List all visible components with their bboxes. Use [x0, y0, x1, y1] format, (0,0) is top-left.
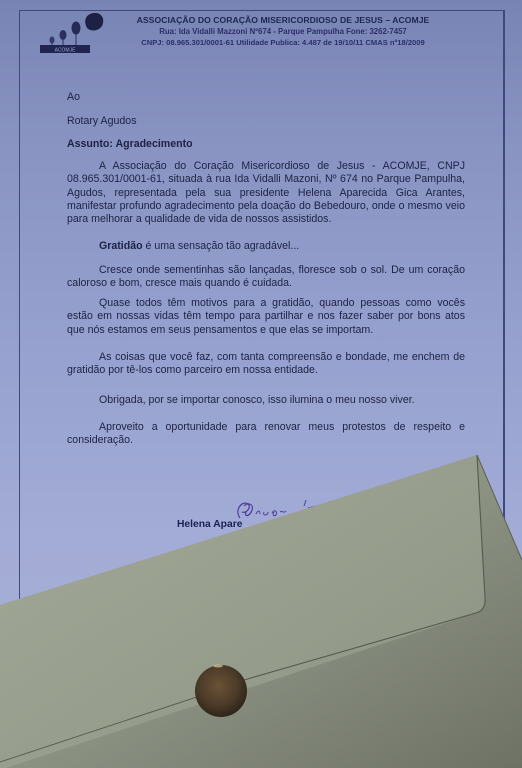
envelope-seal-icon [195, 665, 247, 717]
envelope [0, 0, 522, 768]
